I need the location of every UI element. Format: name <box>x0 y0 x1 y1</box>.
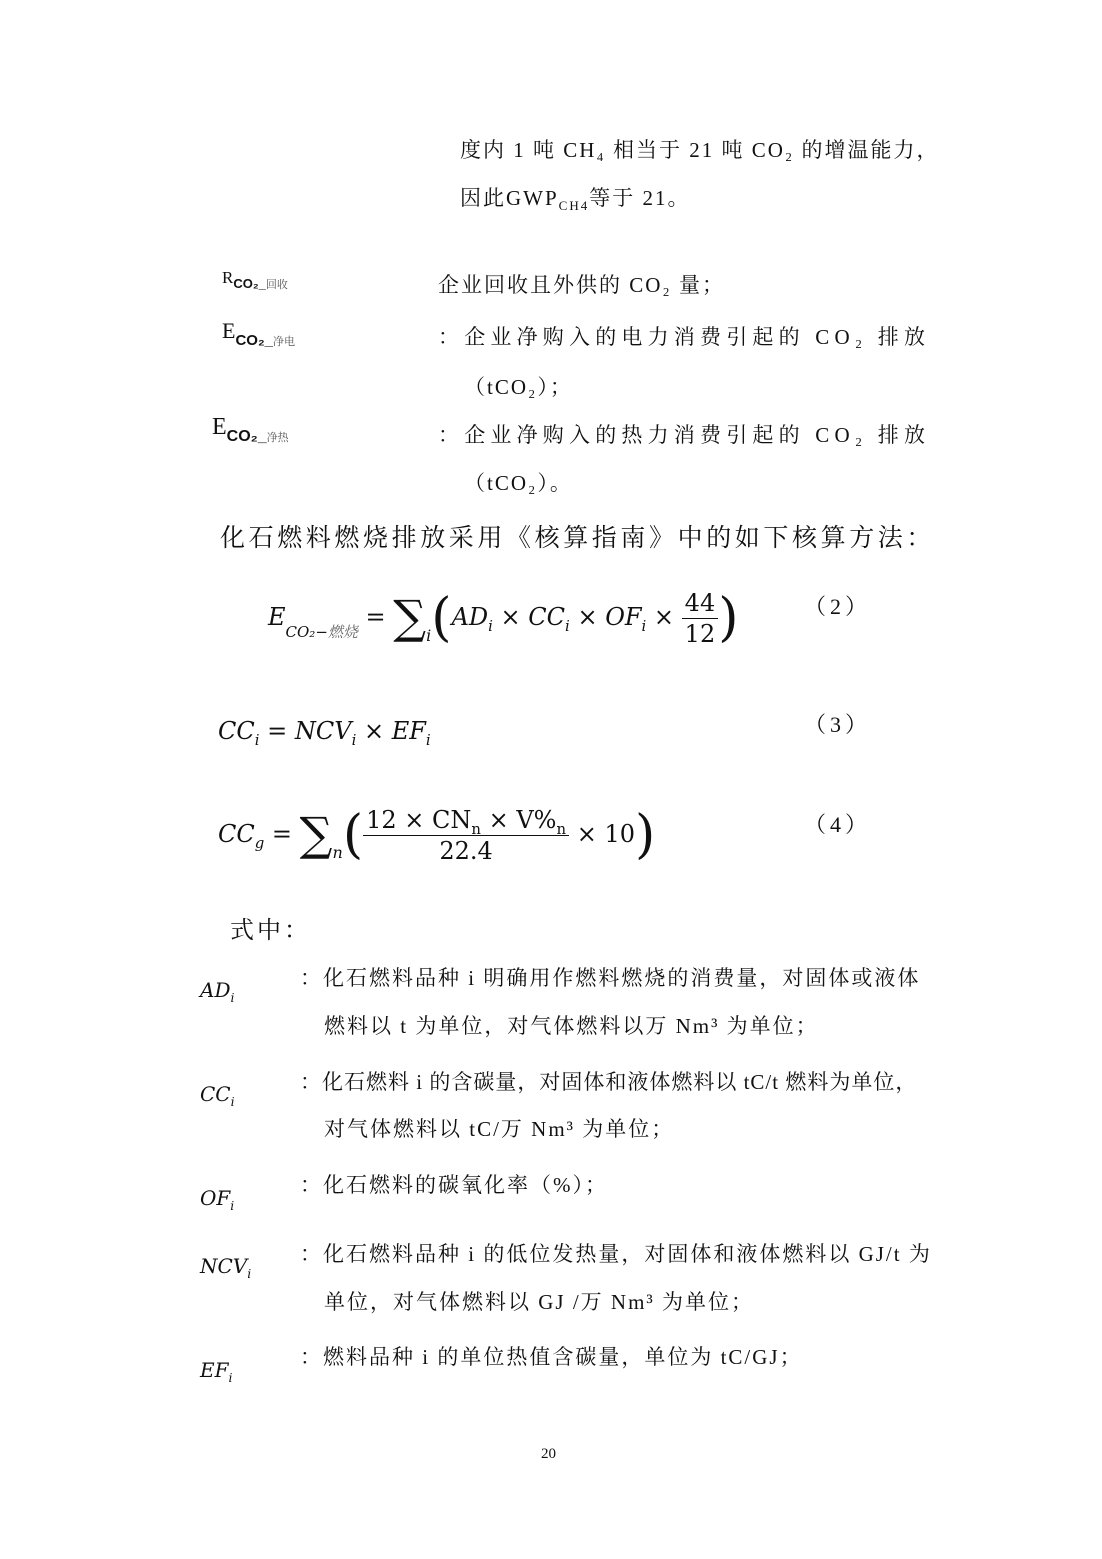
equation-4: CCg = ∑n(12 × CNn × V%n22.4 × 10) <box>218 805 655 875</box>
eq2-equals: = <box>366 603 386 631</box>
var-cc: CCi <box>200 1082 235 1106</box>
equation-2: ECO₂−燃烧 = ∑i(ADi × CCi × OFi × 4412) <box>268 588 739 658</box>
var-ef: EFi <box>200 1358 232 1382</box>
desc-line: 化石燃料 i 的含碳量，对固体和液体燃料以 tC/t 燃料为单位， <box>322 1070 917 1094</box>
var-sub: i <box>247 1266 251 1281</box>
eq2-lhs-cn: 燃烧 <box>328 623 358 641</box>
colon: ： <box>300 1345 323 1369</box>
var-of: OFi <box>200 1186 234 1210</box>
var-ad-desc-2: 燃料以 t 为单位，对气体燃料以万 Nm³ 为单位； <box>324 1012 819 1040</box>
eq4-sum-sign: ∑ <box>300 807 333 861</box>
eq4-tail: × 10 <box>577 820 635 848</box>
times-sign: × <box>364 717 384 745</box>
colon: ： <box>300 1242 323 1266</box>
equation-4-number: （4） <box>804 808 871 839</box>
intro-gwp-suffix: 等于 21。 <box>589 186 690 210</box>
colon: ： <box>300 966 323 990</box>
colon: ： <box>438 423 464 447</box>
desc-line: 化石燃料品种 i 明确用作燃料燃烧的消费量，对固体或液体 <box>323 966 920 990</box>
var-cc-desc-2: 对气体燃料以 tC/万 Nm³ 为单位； <box>324 1115 674 1143</box>
var-of-desc-1: ：化石燃料的碳氧化率（%）； <box>300 1171 608 1199</box>
eq2-term-of: OF <box>605 603 641 631</box>
def-text-e-net-heat-cont: （tCO₂）。 <box>464 469 573 497</box>
eq4-num-b: × V% <box>481 806 557 834</box>
desc-line: 化石燃料的碳氧化率（%）； <box>323 1173 608 1197</box>
def-text-e-net-electricity: ：企业净购入的电力消费引起的 CO₂ 排放 <box>438 323 930 351</box>
eq3-term-ncv: NCV <box>295 717 352 745</box>
var-ef-desc-1: ：燃料品种 i 的单位热值含碳量，单位为 tC/GJ； <box>300 1343 803 1371</box>
colon: ： <box>300 1070 322 1094</box>
var-name: NCV <box>200 1254 247 1278</box>
eq4-equals: = <box>272 820 292 848</box>
eq3-lhs: CC <box>218 717 255 745</box>
symbol-sub: CO₂_ <box>227 428 267 445</box>
times-sign: × <box>654 603 674 631</box>
var-sub: i <box>230 1198 234 1213</box>
symbol-main: E <box>222 318 235 343</box>
var-ncv: NCVi <box>200 1254 251 1278</box>
var-ad: ADi <box>200 978 234 1002</box>
eq4-lhs-sub: g <box>255 834 265 852</box>
var-sub: i <box>230 990 234 1005</box>
desc-line: 化石燃料品种 i 的低位发热量，对固体和液体燃料以 GJ/t 为 <box>323 1242 932 1266</box>
var-cc-desc-1: ：化石燃料 i 的含碳量，对固体和液体燃料以 tC/t 燃料为单位， <box>300 1068 917 1096</box>
symbol-sub: CO₂_ <box>233 276 266 291</box>
intro-line-2: 因此GWPCH4等于 21。 <box>460 184 691 212</box>
colon: ： <box>300 1173 323 1197</box>
equation-2-number: （2） <box>804 590 871 621</box>
symbol-cn: 净热 <box>267 432 289 444</box>
intro-line-1: 度内 1 吨 CH₄ 相当于 21 吨 CO₂ 的增温能力， <box>460 136 940 164</box>
var-name: EF <box>200 1358 228 1382</box>
def-text-e-net-heat: ：企业净购入的热力消费引起的 CO₂ 排放 <box>438 421 930 449</box>
var-name: OF <box>200 1186 230 1210</box>
var-name: CC <box>200 1082 231 1106</box>
eq4-lhs: CC <box>218 820 255 848</box>
eq4-frac-den: 22.4 <box>363 836 569 866</box>
eq3-term-ef: EF <box>392 717 426 745</box>
def-symbol-r-recovered: RCO₂_回收 <box>222 268 288 292</box>
var-sub: i <box>231 1094 235 1109</box>
eq3-lhs-sub: i <box>255 731 260 749</box>
eq4-fraction: 12 × CNn × V%n22.4 <box>363 805 569 866</box>
symbol-main: E <box>212 414 227 440</box>
def-line: 企业净购入的电力消费引起的 CO₂ 排放 <box>464 325 930 349</box>
symbol-cn: 回收 <box>266 279 288 291</box>
eq4-sum-index: n <box>333 843 343 862</box>
where-label: 式中： <box>230 910 311 945</box>
symbol-main: R <box>222 268 233 287</box>
var-sub: i <box>228 1370 232 1385</box>
intro-gwp-prefix: 因此GWP <box>460 186 559 210</box>
equation-3: CCi = NCVi × EFi <box>218 717 431 745</box>
page-number: 20 <box>541 1446 556 1463</box>
times-sign: × <box>501 603 521 631</box>
def-symbol-e-net-electricity: ECO₂_净电 <box>222 318 295 349</box>
eq2-fraction: 4412 <box>682 588 719 649</box>
eq2-sum-sign: ∑ <box>393 590 426 644</box>
eq2-lhs: E <box>268 603 286 631</box>
equation-3-number: （3） <box>804 708 871 739</box>
intro-gwp-sub: CH4 <box>559 198 590 213</box>
def-text-r-recovered: 企业回收且外供的 CO₂ 量； <box>438 271 725 299</box>
eq2-frac-den: 12 <box>682 619 719 649</box>
eq3-equals: = <box>267 717 287 745</box>
times-sign: × <box>577 603 597 631</box>
var-ncv-desc-2: 单位，对气体燃料以 GJ /万 Nm³ 为单位； <box>324 1288 754 1316</box>
eq2-frac-num: 44 <box>682 588 719 619</box>
symbol-sub: CO₂_ <box>235 332 273 349</box>
eq2-lhs-sub: CO₂− <box>286 623 328 641</box>
var-ad-desc-1: ：化石燃料品种 i 明确用作燃料燃烧的消费量，对固体或液体 <box>300 964 920 992</box>
eq2-term-cc: CC <box>528 603 565 631</box>
var-ncv-desc-1: ：化石燃料品种 i 的低位发热量，对固体和液体燃料以 GJ/t 为 <box>300 1240 932 1268</box>
def-text-e-net-electricity-cont: （tCO₂）； <box>464 373 573 401</box>
colon: ： <box>438 325 464 349</box>
eq4-num-a: 12 × CN <box>366 806 471 834</box>
def-symbol-e-net-heat: ECO₂_净热 <box>212 414 289 446</box>
symbol-cn: 净电 <box>273 336 295 348</box>
var-name: AD <box>200 978 230 1002</box>
method-intro: 化石燃料燃烧排放采用《核算指南》中的如下核算方法： <box>220 518 935 554</box>
desc-line: 燃料品种 i 的单位热值含碳量，单位为 tC/GJ； <box>323 1345 803 1369</box>
eq4-num-sub-2: n <box>557 820 567 838</box>
def-line: 企业净购入的热力消费引起的 CO₂ 排放 <box>464 423 930 447</box>
eq2-term-ad: AD <box>452 603 489 631</box>
